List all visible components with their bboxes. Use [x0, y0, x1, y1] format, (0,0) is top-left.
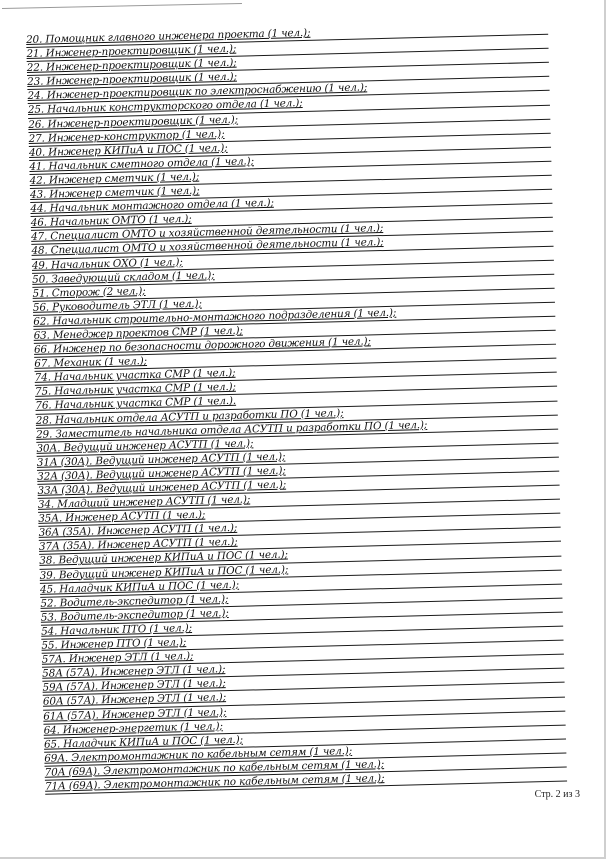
- list-item-text: 55. Инженер ПТО (1 чел.);: [41, 636, 186, 652]
- list-item-text: 51. Сторож (2 чел.);: [32, 285, 145, 300]
- list-item-text: 67. Механик (1 чел.);: [34, 355, 147, 370]
- page-number: Стр. 2 из 3: [535, 789, 580, 800]
- list-item-text: 54. Начальник ПТО (1 чел.);: [41, 622, 192, 638]
- top-rule-line: [2, 3, 242, 9]
- list-item-text: 49. Начальник ОХО (1 чел.);: [32, 256, 183, 272]
- list-item-text: 57А. Инженер ЭТЛ (1 чел.);: [42, 650, 194, 666]
- document-page: 20. Помощник главного инженера проекта (…: [0, 0, 606, 859]
- staff-position-list: 20. Помощник главного инженера проекта (…: [26, 21, 567, 795]
